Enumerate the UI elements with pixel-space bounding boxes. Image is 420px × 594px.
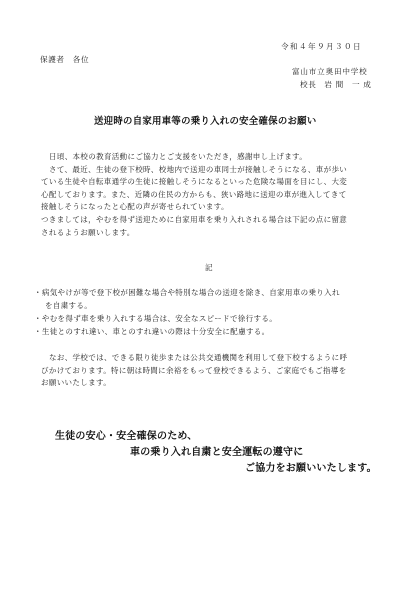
body-line: 日頃、本校の教育活動にご協力とご支援をいただき，感謝申し上げます。 <box>41 151 381 164</box>
closing-line-1: 生徒の安心・安全確保のため、 <box>55 427 197 442</box>
school-name: 富山市立奥田中学校 <box>292 66 368 77</box>
note-line: なお、学校では、できる限り徒歩または公共交通機関を利用して登下校するように呼 <box>41 352 381 365</box>
closing-line-3: ご協力をお願いいたします。 <box>245 459 377 474</box>
principal-signature: 校長岩 間 一 成 <box>300 79 379 90</box>
addressee: 保護者 各位 <box>40 54 89 65</box>
body-line: 接触しそうになったと心配の声が寄せられています。 <box>41 201 381 214</box>
document-title: 送迎時の自家用車等の乗り入れの安全確保のお願い <box>94 113 317 127</box>
bullet-item: ・やむを得ず車を乗り入れする場合は、安全なスピードで徐行する。 <box>34 312 340 325</box>
principal-title: 校長 <box>300 80 316 89</box>
body-line: 心配しております。また、近隣の住民の方からも、狭い路地に送迎の車が進入してきて <box>41 189 381 202</box>
note-line: びかけております。特に朝は時間に余裕をもって登校できるよう、ご家庭でもご指導を <box>41 365 381 378</box>
body-line: つきましては，やむを得ず送迎ために自家用車を乗り入れされる場合は下記の点に留意 <box>41 214 381 227</box>
note-paragraph: なお、学校では、できる限り徒歩または公共交通機関を利用して登下校するように呼 び… <box>41 352 381 390</box>
principal-name: 岩 間 一 成 <box>324 80 371 89</box>
bullet-item-continuation: を自粛する。 <box>34 299 340 312</box>
body-line: ている生徒や自転車通学の生徒に接触しそうになるといった危険な場面を目にし、大変 <box>41 176 381 189</box>
bullet-list: ・病気やけが等で登下校が困難な場合や特別な場合の送迎を除き、自家用車の乗り入れ … <box>34 286 340 338</box>
note-line: お願いいたします。 <box>41 377 381 390</box>
document-date: 令和４年９月３０日 <box>281 41 362 52</box>
closing-line-2: 車の乗り入れ自粛と安全運転の遵守に <box>130 443 303 458</box>
bullet-item: ・病気やけが等で登下校が困難な場合や特別な場合の送迎を除き、自家用車の乗り入れ <box>34 286 340 299</box>
greeting-paragraph: 日頃、本校の教育活動にご協力とご支援をいただき，感謝申し上げます。 さて、最近、… <box>41 151 381 239</box>
body-line: さて、最近、生徒の登下校時、校地内で送迎の車同士が接触しそうになる、車が歩い <box>41 164 381 177</box>
ki-heading: 記 <box>205 262 213 273</box>
body-line: されるようお願いします。 <box>41 227 381 240</box>
bullet-item: ・生徒とのすれ違い、車とのすれ違いの際は十分安全に配慮する。 <box>34 325 340 338</box>
